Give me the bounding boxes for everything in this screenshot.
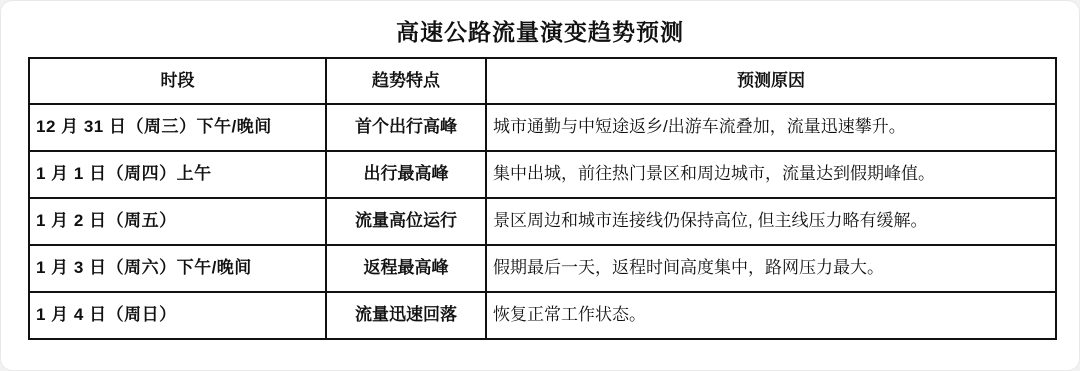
table-row: 12 月 31 日（周三）下午/晚间 首个出行高峰 城市通勤与中短途返乡/出游车… <box>29 104 1056 151</box>
cell-trend: 流量迅速回落 <box>326 292 486 339</box>
cell-period: 1 月 1 日（周四）上午 <box>29 151 326 198</box>
screenshot-page: 高速公路流量演变趋势预测 时段 趋势特点 预测原因 12 月 31 日（周三）下… <box>0 0 1080 371</box>
table-row: 1 月 2 日（周五） 流量高位运行 景区周边和城市连接线仍保持高位, 但主线压… <box>29 198 1056 245</box>
cell-reason: 景区周边和城市连接线仍保持高位, 但主线压力略有缓解。 <box>486 198 1056 245</box>
cell-trend: 出行最高峰 <box>326 151 486 198</box>
cell-trend: 返程最高峰 <box>326 245 486 292</box>
table-header-row: 时段 趋势特点 预测原因 <box>29 58 1056 104</box>
table-row: 1 月 1 日（周四）上午 出行最高峰 集中出城，前往热门景区和周边城市，流量达… <box>29 151 1056 198</box>
cell-reason: 恢复正常工作状态。 <box>486 292 1056 339</box>
cell-trend: 首个出行高峰 <box>326 104 486 151</box>
cell-reason: 假期最后一天，返程时间高度集中，路网压力最大。 <box>486 245 1056 292</box>
table-row: 1 月 4 日（周日） 流量迅速回落 恢复正常工作状态。 <box>29 292 1056 339</box>
header-reason: 预测原因 <box>486 58 1056 104</box>
header-trend: 趋势特点 <box>326 58 486 104</box>
cell-trend: 流量高位运行 <box>326 198 486 245</box>
table-row: 1 月 3 日（周六）下午/晚间 返程最高峰 假期最后一天，返程时间高度集中，路… <box>29 245 1056 292</box>
cell-period: 1 月 3 日（周六）下午/晚间 <box>29 245 326 292</box>
traffic-forecast-table: 时段 趋势特点 预测原因 12 月 31 日（周三）下午/晚间 首个出行高峰 城… <box>28 57 1057 340</box>
page-title: 高速公路流量演变趋势预测 <box>0 14 1080 47</box>
cell-period: 1 月 4 日（周日） <box>29 292 326 339</box>
cell-reason: 集中出城，前往热门景区和周边城市，流量达到假期峰值。 <box>486 151 1056 198</box>
cell-period: 1 月 2 日（周五） <box>29 198 326 245</box>
header-period: 时段 <box>29 58 326 104</box>
cell-reason: 城市通勤与中短途返乡/出游车流叠加，流量迅速攀升。 <box>486 104 1056 151</box>
cell-period: 12 月 31 日（周三）下午/晚间 <box>29 104 326 151</box>
